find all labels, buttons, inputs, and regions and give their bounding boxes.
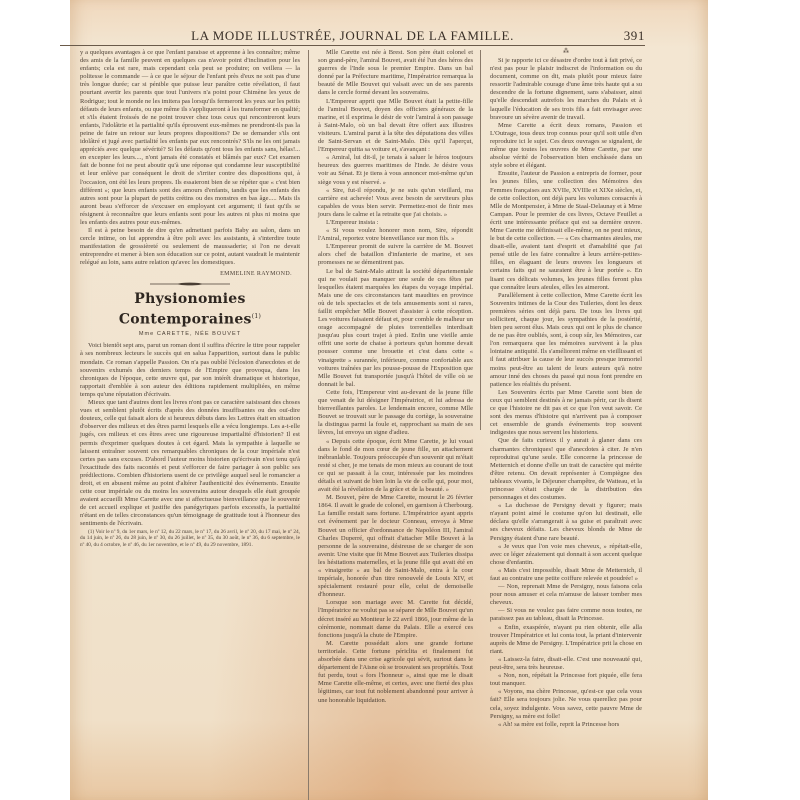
paragraph: « Amiral, lui dit-il, je tenais à saluer… xyxy=(318,154,473,186)
paragraph: y a quelques avantages à ce que l'enfant… xyxy=(80,49,300,227)
asterism-icon: ⁂ xyxy=(490,49,642,55)
paragraph: « Voyons, ma chère Princesse, qu'est-ce … xyxy=(490,688,642,720)
section-subtitle: Mme CARETTE, NÉE BOUVET xyxy=(80,330,300,338)
paragraph: L'Empereur promit de suivre la carrière … xyxy=(318,243,473,267)
paragraph: « Si vous voulez honorer mon nom, Sire, … xyxy=(318,227,473,243)
paragraph: L'Empereur insista : xyxy=(318,219,473,227)
author-signature: EMMELINE RAYMOND. xyxy=(80,270,300,278)
paragraph: « Ah! sa mère est folle, reprit la Princ… xyxy=(490,721,642,729)
paragraph: M. Bouvet, père de Mme Carette, mourut l… xyxy=(318,494,473,599)
paragraph: Parallèlement à cette collection, Mme Ca… xyxy=(490,292,642,389)
paragraph: L'Empereur apprit que Mlle Bouvet était … xyxy=(318,98,473,155)
paragraph: Le bal de Saint-Malo attirait la société… xyxy=(318,268,473,389)
column-divider-1 xyxy=(308,50,309,800)
section-title: Physionomies Contemporaines(1) xyxy=(80,290,300,329)
paragraph: « Non, non, répétait la Princesse fort p… xyxy=(490,672,642,688)
paragraph: « La duchesse de Persigny devait y figur… xyxy=(490,502,642,542)
paragraph: Cette fois, l'Empereur vint au-devant de… xyxy=(318,389,473,438)
page-header: LA MODE ILLUSTRÉE, JOURNAL DE LA FAMILLE… xyxy=(60,27,645,45)
paragraph: — Si vous ne voulez pas faire comme nous… xyxy=(490,607,642,623)
paragraph: Que de faits curieux il y aurait à glane… xyxy=(490,437,642,502)
page-number: 391 xyxy=(624,28,645,44)
paragraph: Les Souvenirs écrits par Mme Carette son… xyxy=(490,389,642,438)
column-divider-2 xyxy=(480,50,481,430)
paragraph: Si je rapporte ici ce désastre d'ordre t… xyxy=(490,57,642,122)
column-2: Mlle Carette est née à Brest. Son père é… xyxy=(318,49,473,705)
paragraph: Mme Carette a écrit deux romans, Passion… xyxy=(490,122,642,171)
paragraph: Lorsque son mariage avec M. Carette fut … xyxy=(318,599,473,639)
column-1: y a quelques avantages à ce que l'enfant… xyxy=(80,49,300,549)
paragraph: Mlle Carette est née à Brest. Son père é… xyxy=(318,49,473,98)
footnote: (1) Voir le nº 9, du 1er mars, le nº 12,… xyxy=(80,529,300,549)
paragraph: Mieux que tant d'autres dont les livres … xyxy=(80,399,300,529)
paragraph: « Laissez-la faire, disait-elle. C'est u… xyxy=(490,656,642,672)
paragraph: « Depuis cette époque, écrit Mme Carette… xyxy=(318,438,473,495)
paragraph: « Je veux que l'on voie mes cheveux, » r… xyxy=(490,543,642,567)
journal-title: LA MODE ILLUSTRÉE, JOURNAL DE LA FAMILLE… xyxy=(60,28,645,44)
paragraph: « Enfin, exaspérée, n'ayant pu rien obte… xyxy=(490,624,642,656)
column-3: ⁂ Si je rapporte ici ce désastre d'ordre… xyxy=(490,49,642,729)
paragraph: Ensuite, l'auteur de Passion a entrepris… xyxy=(490,170,642,291)
paragraph: « Mais c'est impossible, disait Mme de M… xyxy=(490,567,642,583)
paragraph: M. Carette possédait alors une grande fo… xyxy=(318,640,473,705)
paragraph: — Non, reprenait Mme de Persigny, nous f… xyxy=(490,583,642,607)
header-rule xyxy=(60,45,645,46)
paragraph: « Sire, fut-il répondu, je ne suis qu'un… xyxy=(318,187,473,219)
ornament-divider-icon xyxy=(150,282,230,286)
footnote-ref: (1) xyxy=(252,313,261,320)
paragraph: Il est à peine besoin de dire qu'en adme… xyxy=(80,227,300,267)
paragraph: Voici bientôt sept ans, parut un roman d… xyxy=(80,342,300,399)
